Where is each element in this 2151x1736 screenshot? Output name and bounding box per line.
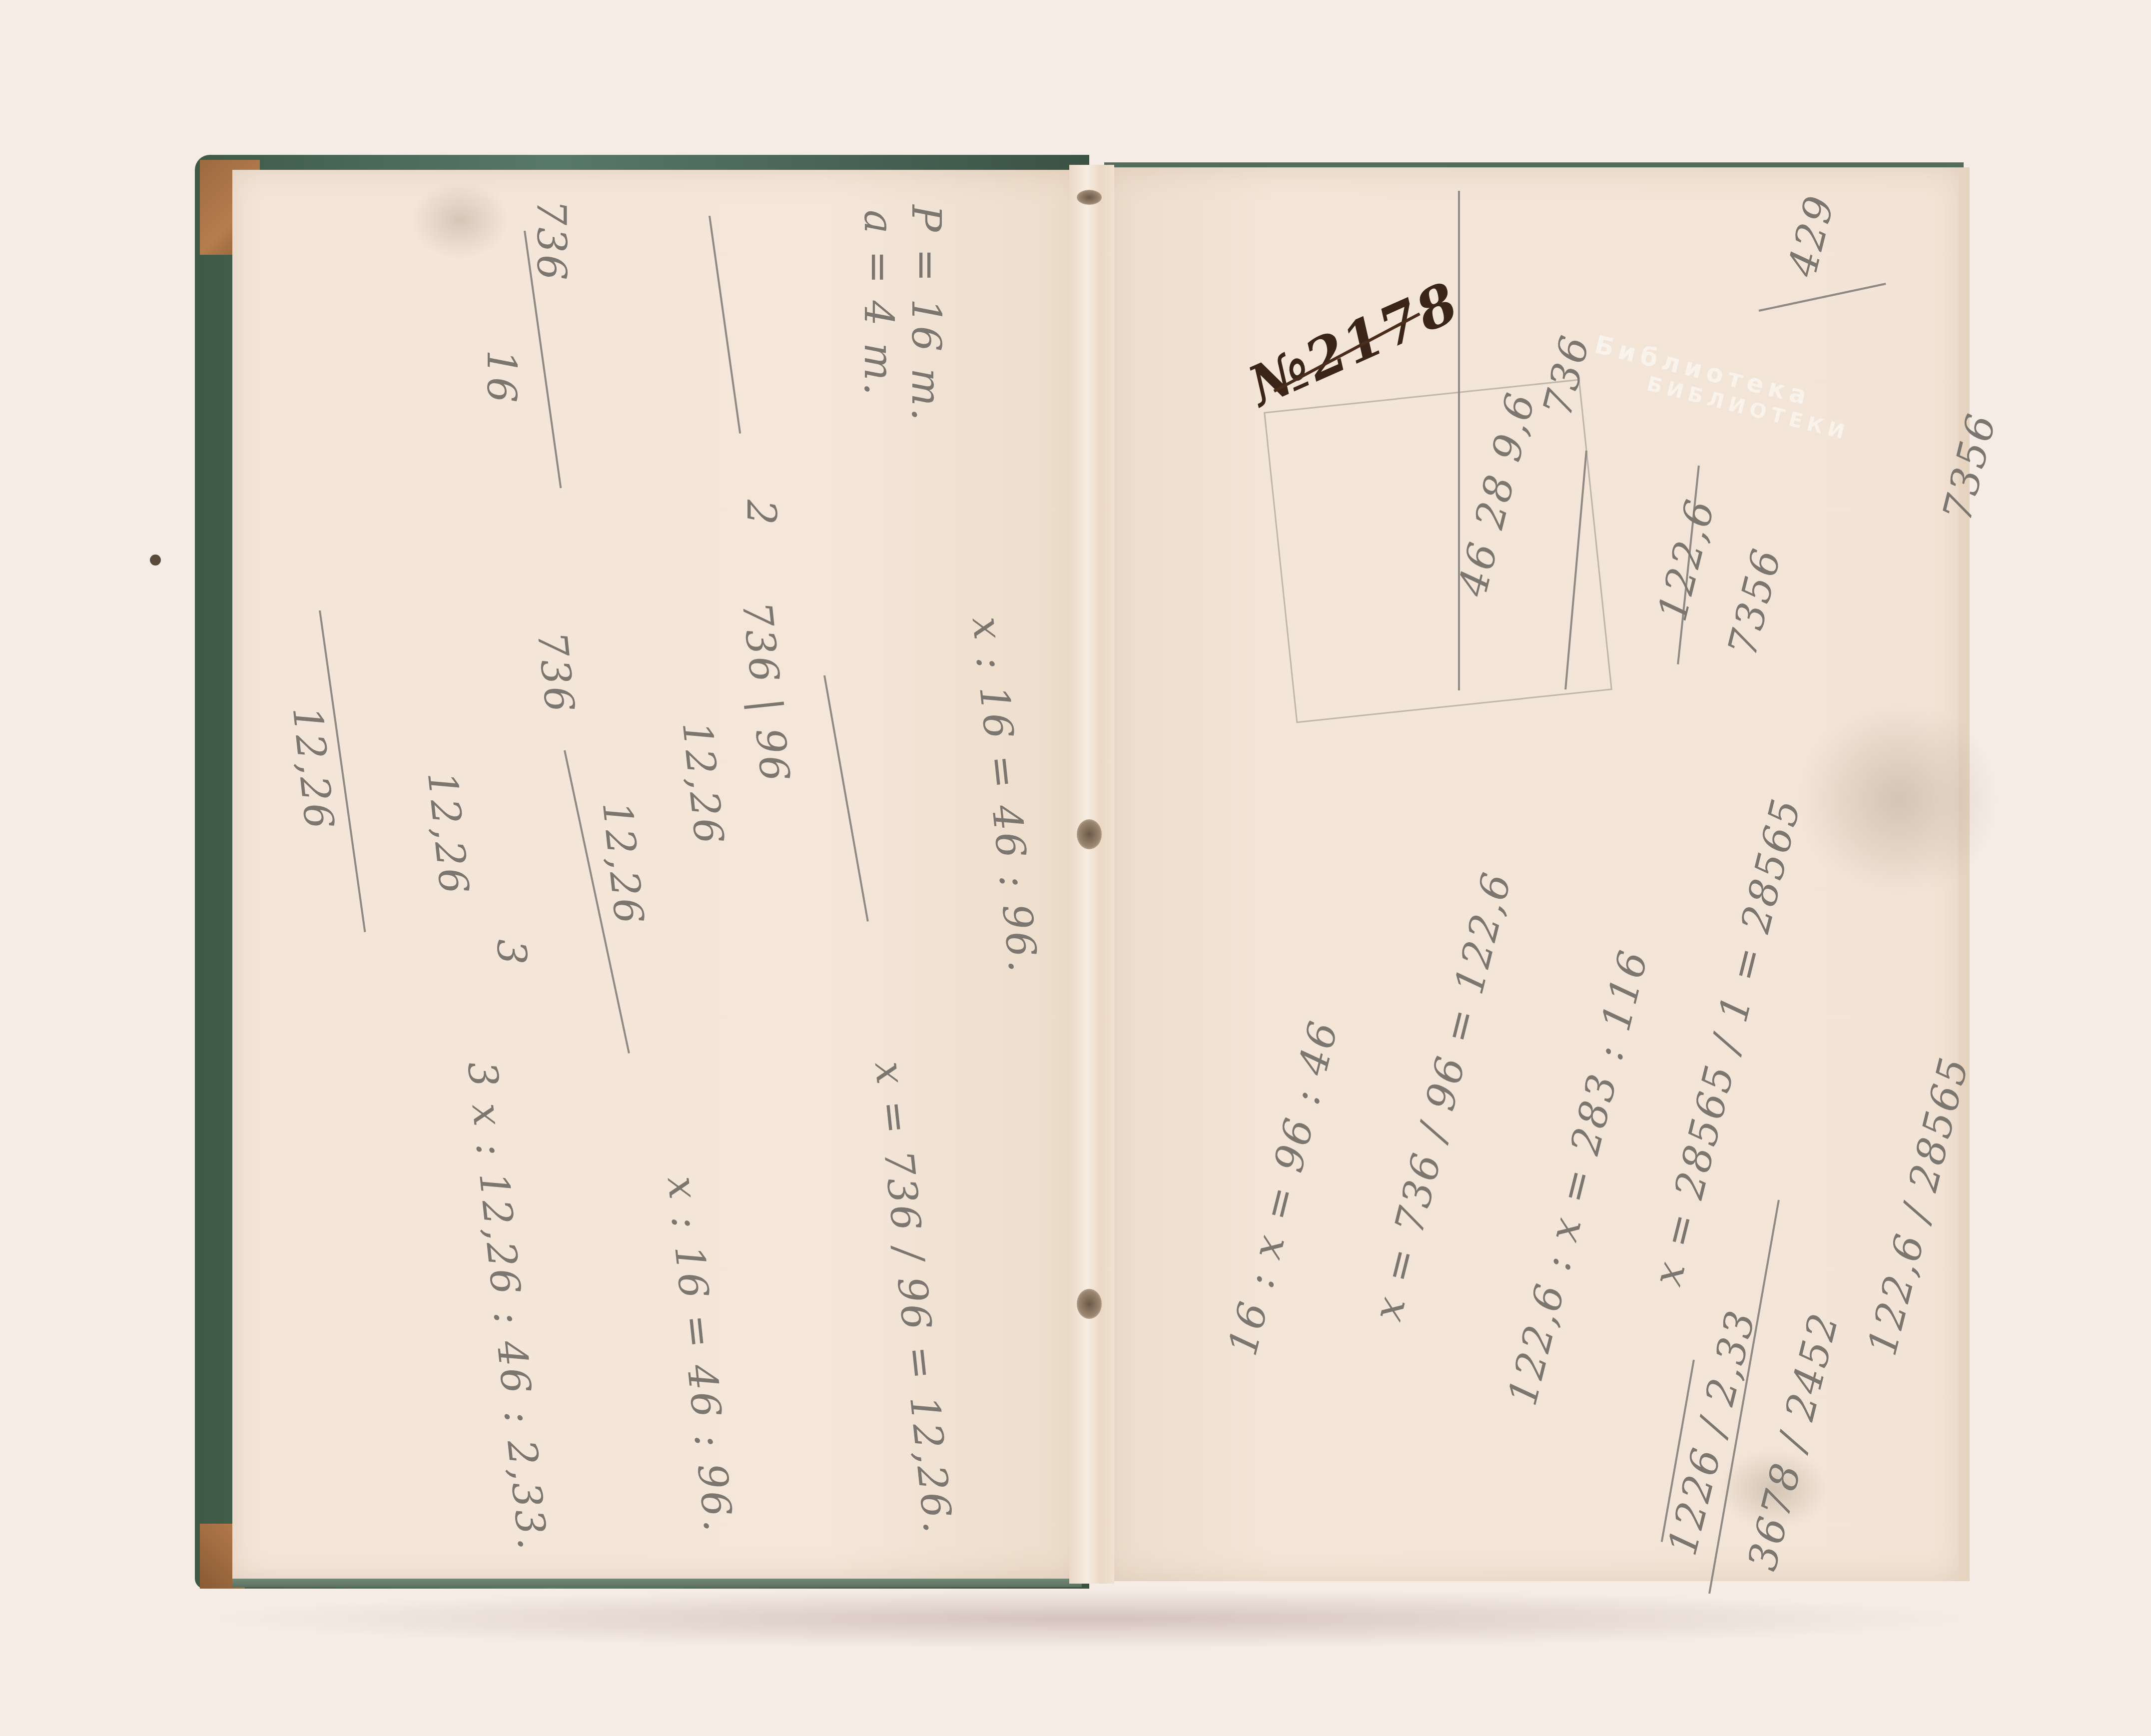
pencil-note: 2 — [738, 500, 784, 527]
pencil-note: 16 — [478, 350, 525, 405]
stitch-hole — [1077, 190, 1102, 205]
pencil-note: 3 — [488, 939, 535, 967]
debris-speck — [150, 555, 161, 566]
stain — [410, 180, 510, 260]
pencil-note: 736 — [529, 629, 584, 716]
pencil-note: 736 — [528, 200, 575, 282]
left-endpaper — [232, 170, 1082, 1579]
stitch-hole — [1077, 1289, 1102, 1319]
pencil-box — [1264, 379, 1612, 723]
book-shadow — [200, 1589, 1979, 1649]
stain — [1799, 699, 1999, 899]
pencil-note: P = 16 m. — [903, 205, 949, 423]
pencil-note: a = 4 m. — [855, 210, 902, 397]
pencil-line — [1458, 191, 1460, 690]
stitch-hole — [1077, 819, 1102, 849]
book-gutter — [1069, 165, 1114, 1584]
